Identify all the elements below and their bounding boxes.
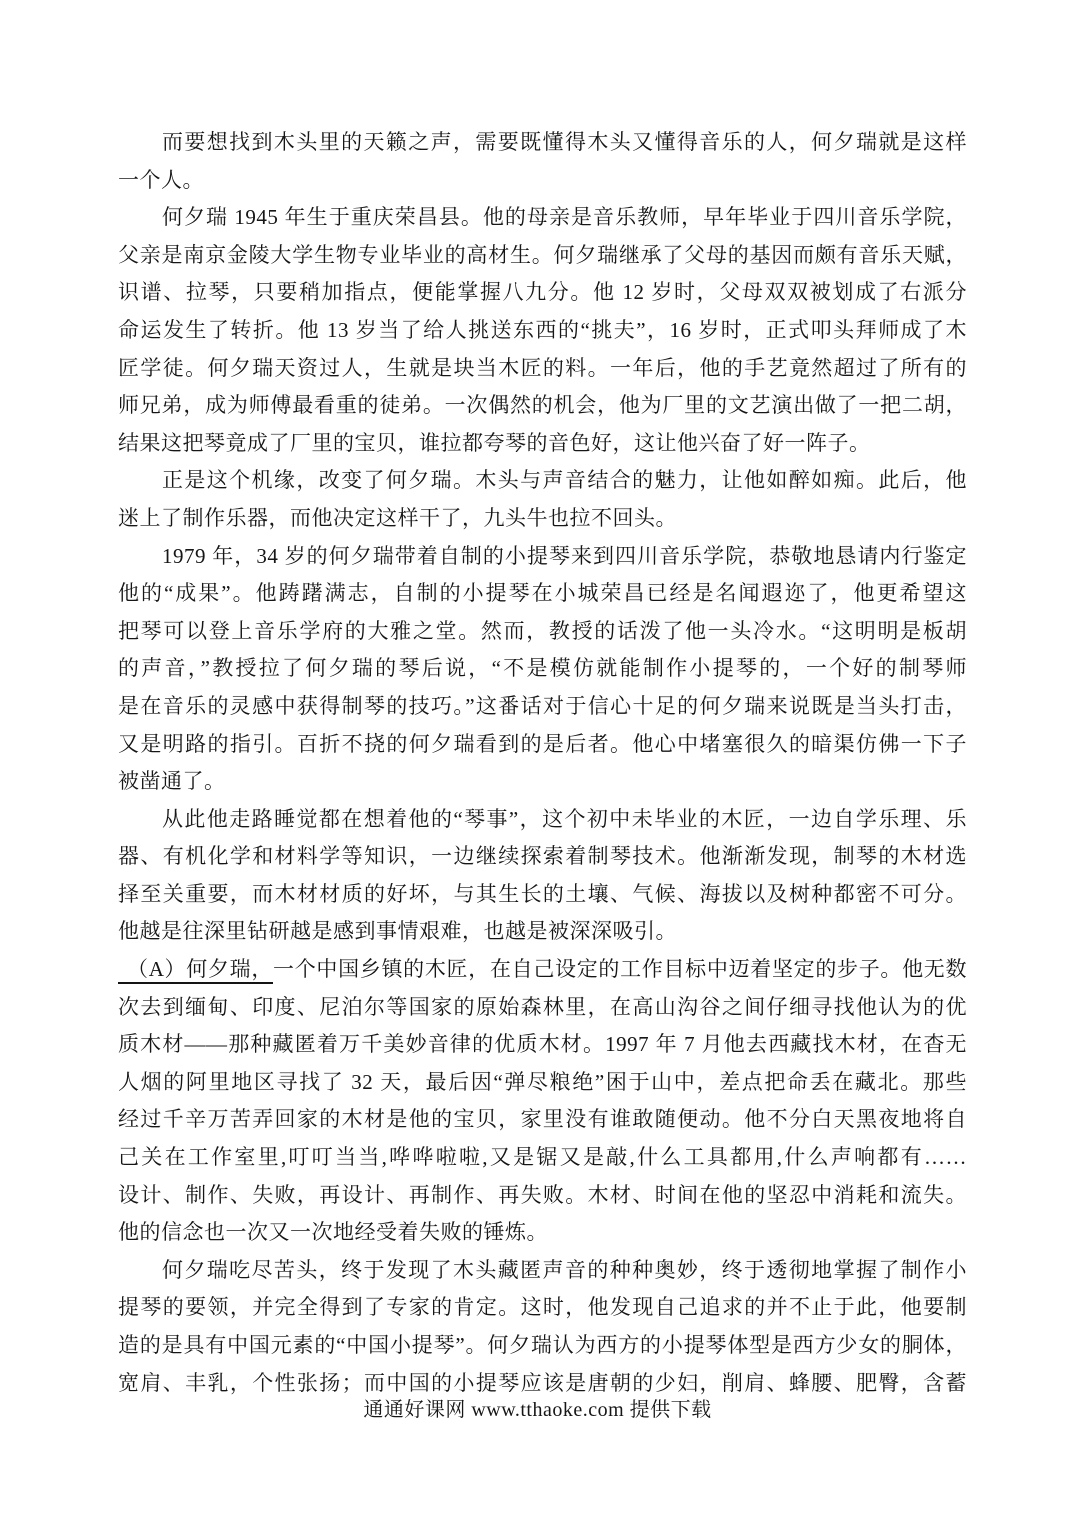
text-line: 师兄弟，成为师傅最看重的徒弟。一次偶然的机会，他为厂里的文艺演出做了一把二胡， (118, 387, 967, 425)
text-line: 匠学徒。何夕瑞天资过人，生就是块当木匠的料。一年后，他的手艺竟然超过了所有的 (118, 350, 967, 388)
document-page: 而要想找到木头里的天籁之声，需要既懂得木头又懂得音乐的人，何夕瑞就是这样一个人。… (0, 0, 1075, 1518)
text-line: 质木材——那种藏匿着万千美妙音律的优质木材。1997 年 7 月他去西藏找木材，… (118, 1026, 967, 1064)
text-line: 结果这把琴竟成了厂里的宝贝，谁拉都夸琴的音色好，这让他兴奋了好一阵子。 (118, 425, 967, 463)
footer-watermark: 通通好课网 www.tthaoke.com 提供下载 (0, 1396, 1075, 1424)
text-line: 器、有机化学和材料学等知识，一边继续探索着制琴技术。他渐渐发现，制琴的木材选 (118, 838, 967, 876)
text-line: 他越是往深里钻研越是感到事情艰难，也越是被深深吸引。 (118, 913, 967, 951)
text-line: 命运发生了转折。他 13 岁当了给人挑送东西的“挑夫”，16 岁时，正式叩头拜师… (118, 312, 967, 350)
text-line: 一个人。 (118, 162, 967, 200)
text-line: 又是明路的指引。百折不挠的何夕瑞看到的是后者。他心中堵塞很久的暗渠仿佛一下子 (118, 726, 967, 764)
passage-text: 而要想找到木头里的天籁之声，需要既懂得木头又懂得音乐的人，何夕瑞就是这样一个人。… (118, 124, 967, 1402)
text-line: 人烟的阿里地区寻找了 32 天，最后因“弹尽粮绝”困于山中，差点把命丢在藏北。那… (118, 1064, 967, 1102)
text-line: （A）何夕瑞，一个中国乡镇的木匠，在自己设定的工作目标中迈着坚定的步子。他无数 (118, 951, 967, 989)
text-line: 的声音，”教授拉了何夕瑞的琴后说，“不是模仿就能制作小提琴的，一个好的制琴师 (118, 650, 967, 688)
text-line: 父亲是南京金陵大学生物专业毕业的高材生。何夕瑞继承了父母的基因而颇有音乐天赋， (118, 237, 967, 275)
text-line: 己关在工作室里,叮叮当当,哗哗啦啦,又是锯又是敲,什么工具都用,什么声响都有…… (118, 1139, 967, 1177)
text-line: 把琴可以登上音乐学府的大雅之堂。然而，教授的话泼了他一头冷水。“这明明是板胡 (118, 613, 967, 651)
text-line: 被凿通了。 (118, 763, 967, 801)
underlined-label-A: （A）何夕瑞， (118, 957, 273, 984)
text-line: 他的信念也一次又一次地经受着失败的锤炼。 (118, 1214, 967, 1252)
text-line: 从此他走路睡觉都在想着他的“琴事”，这个初中未毕业的木匠，一边自学乐理、乐 (118, 801, 967, 839)
text-line: 识谱、拉琴，只要稍加指点，便能掌握八九分。他 12 岁时，父母双双被划成了右派分… (118, 274, 967, 312)
text-line: 迷上了制作乐器，而他决定这样干了，九头牛也拉不回头。 (118, 500, 967, 538)
text-line: 何夕瑞 1945 年生于重庆荣昌县。他的母亲是音乐教师，早年毕业于四川音乐学院， (118, 199, 967, 237)
text-line: 正是这个机缘，改变了何夕瑞。木头与声音结合的魅力，让他如醉如痴。此后，他 (118, 462, 967, 500)
text-line: 造的是具有中国元素的“中国小提琴”。何夕瑞认为西方的小提琴体型是西方少女的胴体， (118, 1327, 967, 1365)
text-line: 次去到缅甸、印度、尼泊尔等国家的原始森林里，在高山沟谷之间仔细寻找他认为的优 (118, 989, 967, 1027)
text-line: 提琴的要领，并完全得到了专家的肯定。这时，他发现自己追求的并不止于此，他要制 (118, 1289, 967, 1327)
text-line: 是在音乐的灵感中获得制琴的技巧。”这番话对于信心十足的何夕瑞来说既是当头打击， (118, 688, 967, 726)
text-line: 设计、制作、失败，再设计、再制作、再失败。木材、时间在他的坚忍中消耗和流失。 (118, 1177, 967, 1215)
text-line: 何夕瑞吃尽苦头，终于发现了木头藏匿声音的种种奥妙，终于透彻地掌握了制作小 (118, 1252, 967, 1290)
text-line: 经过千辛万苦弄回家的木材是他的宝贝，家里没有谁敢随便动。他不分白天黑夜地将自 (118, 1101, 967, 1139)
text-line: 择至关重要，而木材材质的好坏，与其生长的土壤、气候、海拔以及树种都密不可分。 (118, 876, 967, 914)
text-line: 而要想找到木头里的天籁之声，需要既懂得木头又懂得音乐的人，何夕瑞就是这样 (118, 124, 967, 162)
text-line: 他的“成果”。他踌躇满志，自制的小提琴在小城荣昌已经是名闻遐迩了，他更希望这 (118, 575, 967, 613)
text-line: 1979 年，34 岁的何夕瑞带着自制的小提琴来到四川音乐学院，恭敬地恳请内行鉴… (118, 538, 967, 576)
